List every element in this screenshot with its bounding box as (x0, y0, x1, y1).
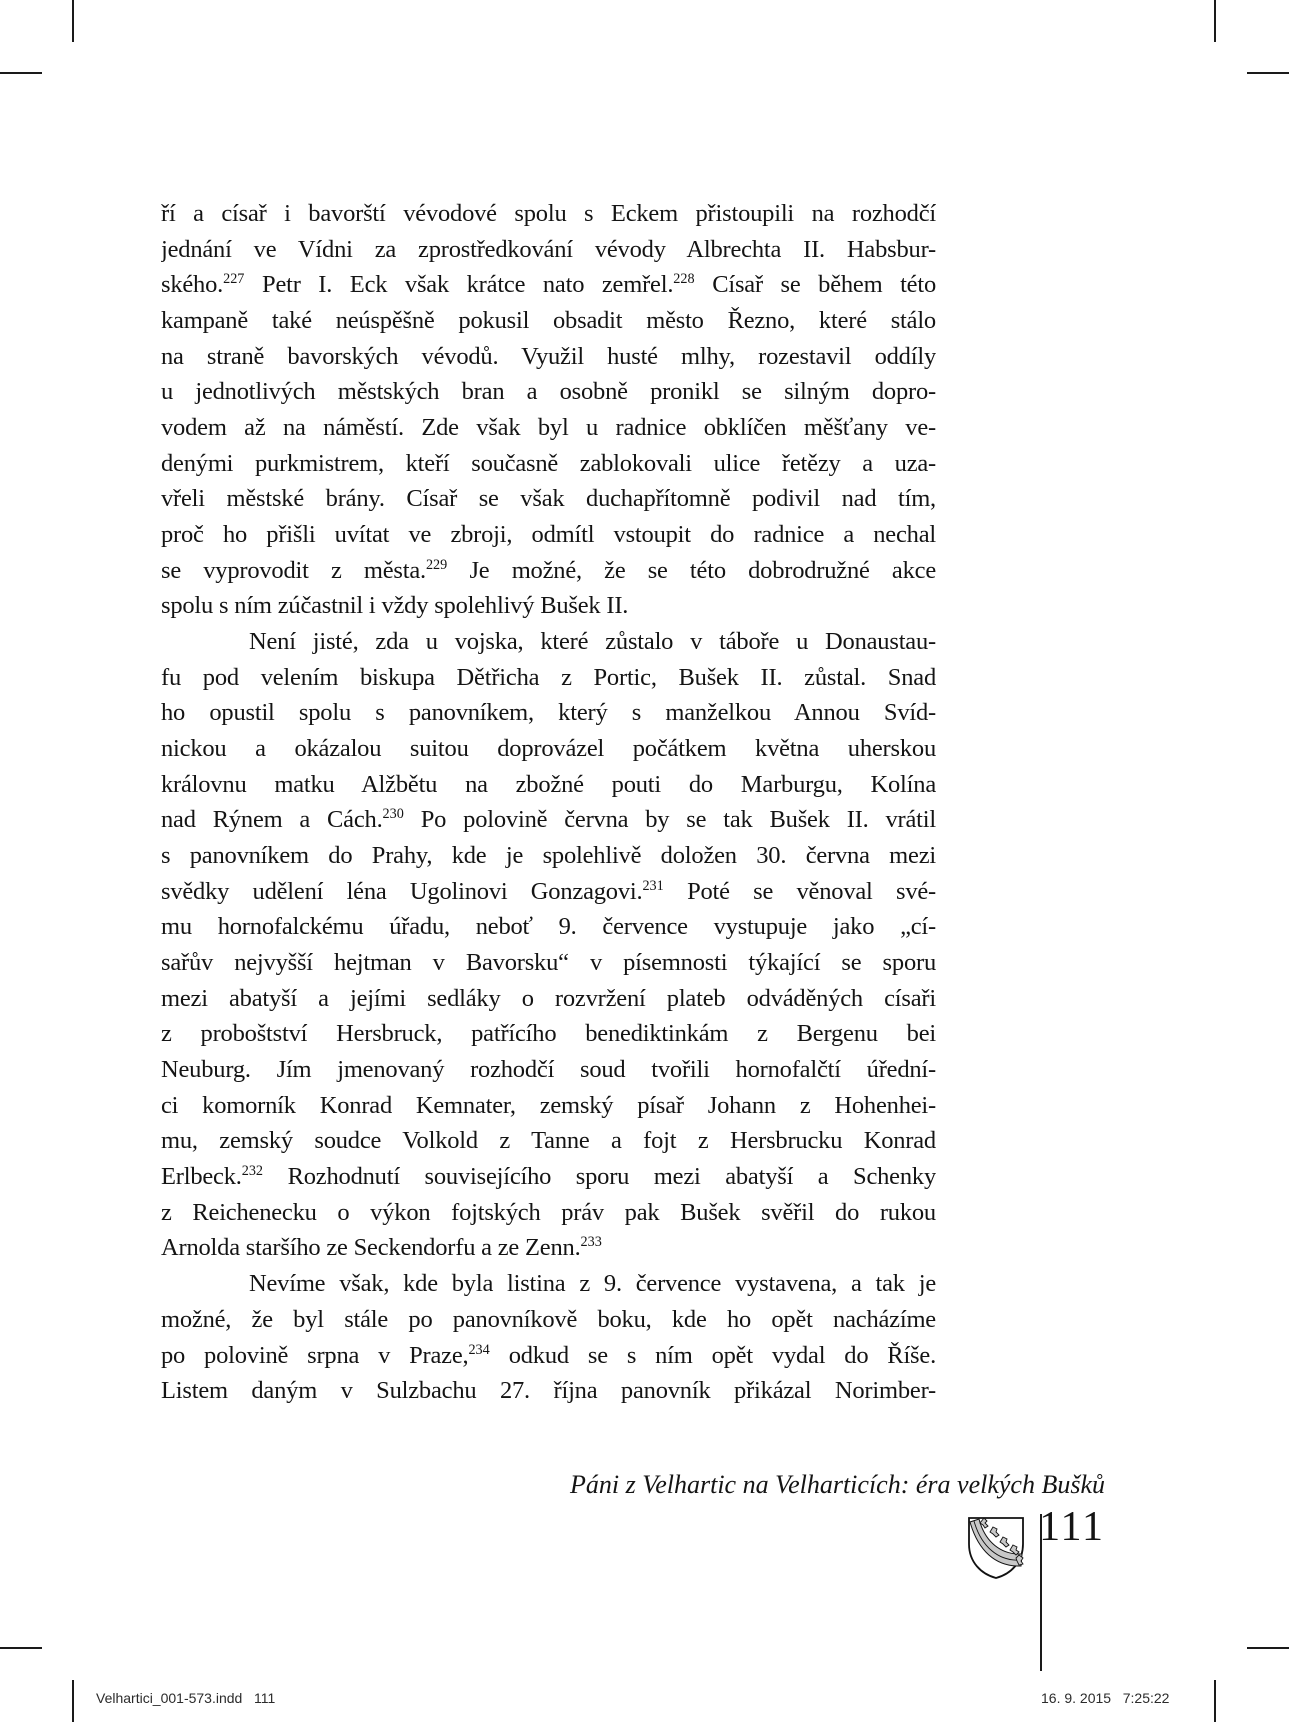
text-line: Arnolda staršího ze Seckendorfu a ze Zen… (161, 1230, 936, 1266)
text-line: s panovníkem do Prahy, kde je spolehlivě… (161, 838, 936, 874)
text-line: mezi abatyší a jejími sedláky o rozvržen… (161, 981, 936, 1017)
text-line: se vyprovodit z města.229 Je možné, že s… (161, 553, 936, 589)
text-line: nickou a okázalou suitou doprovázel počá… (161, 731, 936, 767)
text-line: fu pod velením biskupa Dětřicha z Portic… (161, 660, 936, 696)
text-line: Nevíme však, kde byla listina z 9. červe… (161, 1266, 936, 1302)
coat-of-arms-icon (967, 1516, 1025, 1580)
text-line: královnu matku Alžbětu na zbožné pouti d… (161, 767, 936, 803)
text-line: Není jisté, zda u vojska, které zůstalo … (161, 624, 936, 660)
crop-mark-bottom-left-horizontal (0, 1647, 42, 1649)
crop-mark-top-right-horizontal (1247, 72, 1289, 74)
crop-mark-top-left-horizontal (0, 72, 42, 74)
crop-mark-bottom-right-vertical (1214, 1680, 1216, 1722)
footnote-reference: 229 (426, 557, 447, 573)
text-line: vřeli městské brány. Císař se však ducha… (161, 481, 936, 517)
text-line: Neuburg. Jím jmenovaný rozhodčí soud tvo… (161, 1052, 936, 1088)
text-line: kampaně také neúspěšně pokusil obsadit m… (161, 303, 936, 339)
text-line: ci komorník Konrad Kemnater, zemský písa… (161, 1088, 936, 1124)
running-footer: Páni z Velhartic na Velharticích: éra ve… (570, 1468, 1105, 1502)
text-line: z Reichenecku o výkon fojtských práv pak… (161, 1195, 936, 1231)
text-line: po polovině srpna v Praze,234 odkud se s… (161, 1338, 936, 1374)
text-line: na straně bavorských vévodů. Využil hust… (161, 339, 936, 375)
text-line: mu, zemský soudce Volkold z Tanne a fojt… (161, 1123, 936, 1159)
text-line: proč ho přišli uvítat ve zbroji, odmítl … (161, 517, 936, 553)
text-line: ského.227 Petr I. Eck však krátce nato z… (161, 267, 936, 303)
text-line: mu hornofalckému úřadu, neboť 9. červenc… (161, 909, 936, 945)
text-line: u jednotlivých městských bran a osobně p… (161, 374, 936, 410)
text-line: spolu s ním zúčastnil i vždy spolehlivý … (161, 588, 936, 624)
body-text: ří a císař i bavorští vévodové spolu s E… (161, 196, 936, 1409)
text-line: ří a císař i bavorští vévodové spolu s E… (161, 196, 936, 232)
text-line: možné, že byl stále po panovníkově boku,… (161, 1302, 936, 1338)
print-slug-filename: Velhartici_001-573.indd 111 (96, 1689, 275, 1707)
text-line: jednání ve Vídni za zprostředkování vévo… (161, 232, 936, 268)
footnote-reference: 232 (242, 1163, 263, 1179)
text-line: z proboštství Hersbruck, patřícího bened… (161, 1016, 936, 1052)
footnote-reference: 228 (673, 271, 694, 287)
crop-mark-top-right-vertical (1214, 0, 1216, 42)
page-number: 111 (1039, 1505, 1105, 1549)
text-line: denými purkmistrem, kteří současně zablo… (161, 446, 936, 482)
print-slug-timestamp: 16. 9. 2015 7:25:22 (1041, 1689, 1169, 1707)
crop-mark-bottom-left-vertical (72, 1680, 74, 1722)
text-line: Erlbeck.232 Rozhodnutí souvisejícího spo… (161, 1159, 936, 1195)
footnote-reference: 233 (581, 1234, 602, 1250)
footnote-reference: 227 (223, 271, 244, 287)
text-line: nad Rýnem a Cách.230 Po polovině června … (161, 802, 936, 838)
text-line: sařův nejvyšší hejtman v Bavorsku“ v pís… (161, 945, 936, 981)
scanned-book-page: { "document": { "body_lines": [ {"text":… (0, 0, 1289, 1722)
footnote-reference: 234 (468, 1341, 489, 1357)
footnote-reference: 231 (642, 878, 663, 894)
crop-mark-top-left-vertical (72, 0, 74, 42)
text-line: Listem daným v Sulzbachu 27. října panov… (161, 1373, 936, 1409)
footnote-reference: 230 (383, 806, 404, 822)
text-line: vodem až na náměstí. Zde však byl u radn… (161, 410, 936, 446)
text-line: svědky udělení léna Ugolinovi Gonzagovi.… (161, 874, 936, 910)
text-line: ho opustil spolu s panovníkem, který s m… (161, 695, 936, 731)
crop-mark-bottom-right-horizontal (1247, 1647, 1289, 1649)
